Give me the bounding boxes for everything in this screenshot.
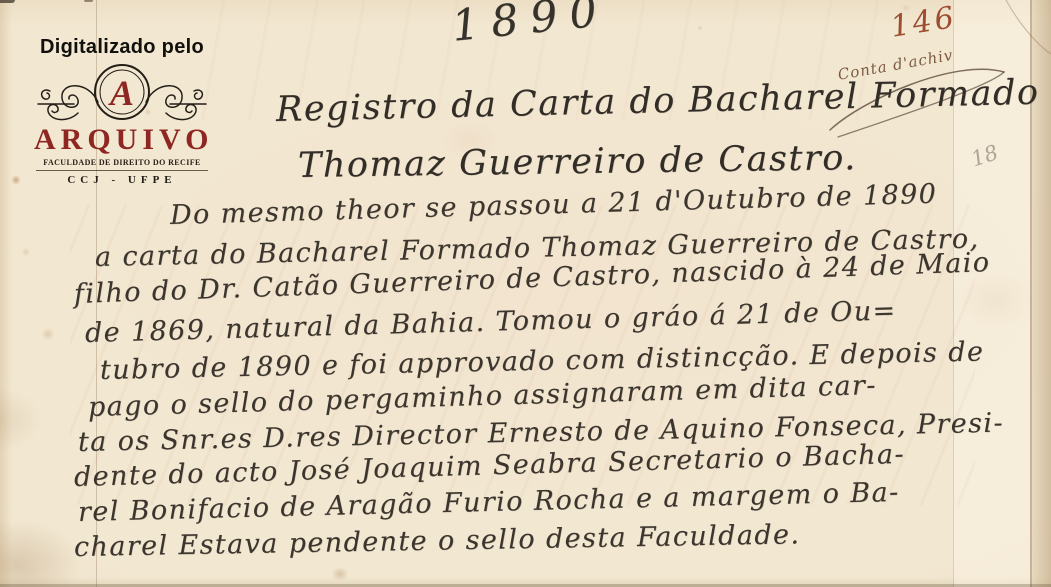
scan-artifact — [0, 0, 15, 3]
watermark-subtitle-label: FACULDADE DE DIREITO DO RECIFE — [34, 158, 210, 167]
title-line-2: Thomaz Guerreiro de Castro. — [298, 138, 857, 186]
year-heading: 1890 — [449, 0, 611, 52]
watermark-divider — [36, 170, 208, 171]
title-line-1: Registro da Carta do Bacharel Formado — [276, 73, 1040, 130]
page-number: 146 — [888, 0, 959, 45]
scan-artifact — [84, 0, 93, 2]
body-line: Do mesmo theor se passou a 21 d'Outubro … — [170, 179, 938, 231]
document-scan: Digitalizado pelo A ARQUIVO — [0, 0, 1051, 587]
body-line: charel Estava pendente o sello desta Fac… — [74, 519, 801, 563]
arquivo-ornament-icon: A — [36, 60, 208, 124]
watermark-prefix-label: Digitalizado pelo — [34, 36, 210, 59]
watermark-name-label: ARQUIVO — [34, 125, 210, 155]
watermark-monogram: A — [108, 73, 134, 113]
arquivo-watermark: Digitalizado pelo A ARQUIVO — [34, 36, 210, 186]
watermark-org-label: CCJ - UFPE — [34, 174, 210, 186]
